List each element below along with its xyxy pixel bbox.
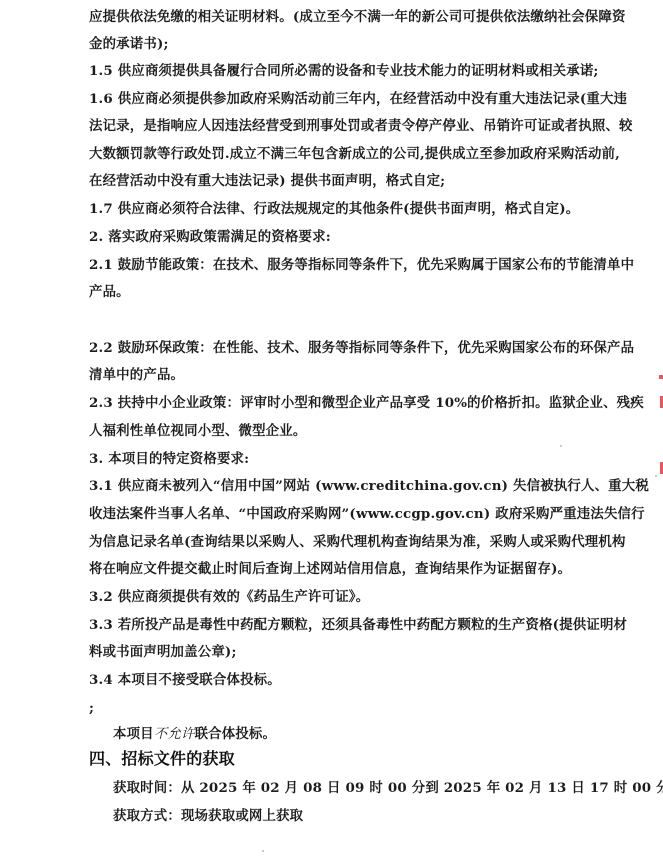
text-line: 2.3 扶持中小企业政策：评审时小型和微型企业产品享受 10%的价格折扣。监狱企… (89, 395, 644, 411)
document-page: 应提供依法免缴的相关证明材料。(成立至今不满一年的新公司可提供依法缴纳社会保障资… (0, 0, 663, 857)
scan-speck (262, 850, 264, 852)
text-line: 3. 本项目的特定资格要求: (89, 451, 249, 467)
red-seal-fragment (659, 375, 663, 379)
text-line: 应提供依法免缴的相关证明材料。(成立至今不满一年的新公司可提供依法缴纳社会保障资 (89, 9, 626, 25)
text-line: 2.1 鼓励节能政策：在技术、服务等指标同等条件下，优先采购属于国家公布的节能清… (89, 257, 634, 273)
text-line: 将在响应文件提交截止时间后查询上述网站信用信息，查询结果作为证据留存)。 (89, 561, 571, 577)
acquisition-time: 获取时间：从 2025 年 02 月 08 日 09 时 00 分到 2025 … (113, 780, 663, 796)
text-line: 3.3 若所投产品是毒性中药配方颗粒，还须具备毒性中药配方颗粒的生产资格(提供证… (89, 617, 627, 633)
text-line: ; (89, 700, 94, 716)
text-line: 人福利性单位视同小型、微型企业。 (89, 423, 306, 439)
text-line: 1.6 供应商必须提供参加政府采购活动前三年内，在经营活动中没有重大违法记录(重… (89, 91, 627, 107)
text-line: 金的承诺书); (89, 36, 169, 52)
section-heading: 四、招标文件的获取 (89, 751, 235, 767)
scan-speck (655, 475, 657, 477)
consortium-suffix: 联合体投标。 (195, 726, 277, 742)
acquisition-method: 获取方式：现场获取或网上获取 (113, 808, 303, 824)
text-line: 1.5 供应商须提供具备履行合同所必需的设备和专业技术能力的证明材料或相关承诺; (89, 63, 599, 79)
text-line: 在经营活动中没有重大违法记录) 提供书面声明，格式自定; (89, 173, 445, 189)
text-line: 料或书面声明加盖公章); (89, 644, 237, 660)
text-line: 3.1 供应商未被列入“信用中国”网站 (www.creditchina.gov… (89, 478, 649, 494)
text-line: 收违法案件当事人名单、“中国政府采购网”(www.ccgp.gov.cn) 政府… (89, 506, 645, 522)
text-line: 为信息记录名单(查询结果以采购人、采购代理机构查询结果为准，采购人或采购代理机构 (89, 534, 626, 550)
text-line: 大数额罚款等行政处罚.成立不满三年包含新成立的公司,提供成立至参加政府采购活动前… (89, 146, 620, 162)
consortium-prefix: 本项目 (113, 726, 154, 742)
scan-speck (560, 445, 562, 447)
text-line: 法记录，是指响应人因违法经营受到刑事处罚或者责令停产停业、吊销许可证或者执照、较 (89, 118, 633, 134)
consortium-italic: 不允许 (154, 727, 195, 742)
text-line: 3.4 本项目不接受联合体投标。 (89, 672, 281, 688)
text-line: 3.2 供应商须提供有效的《药品生产许可证》。 (89, 589, 369, 605)
text-line: 产品。 (89, 284, 130, 300)
text-line: 清单中的产品。 (89, 367, 184, 383)
text-line: 2.2 鼓励环保政策：在性能、技术、服务等指标同等条件下，优先采购国家公布的环保… (89, 340, 634, 356)
text-line: 1.7 供应商必须符合法律、行政法规规定的其他条件(提供书面声明，格式自定)。 (89, 201, 579, 217)
consortium-note: 本项目不允许联合体投标。 (113, 726, 276, 743)
text-line: 2. 落实政府采购政策需满足的资格要求: (89, 229, 331, 245)
